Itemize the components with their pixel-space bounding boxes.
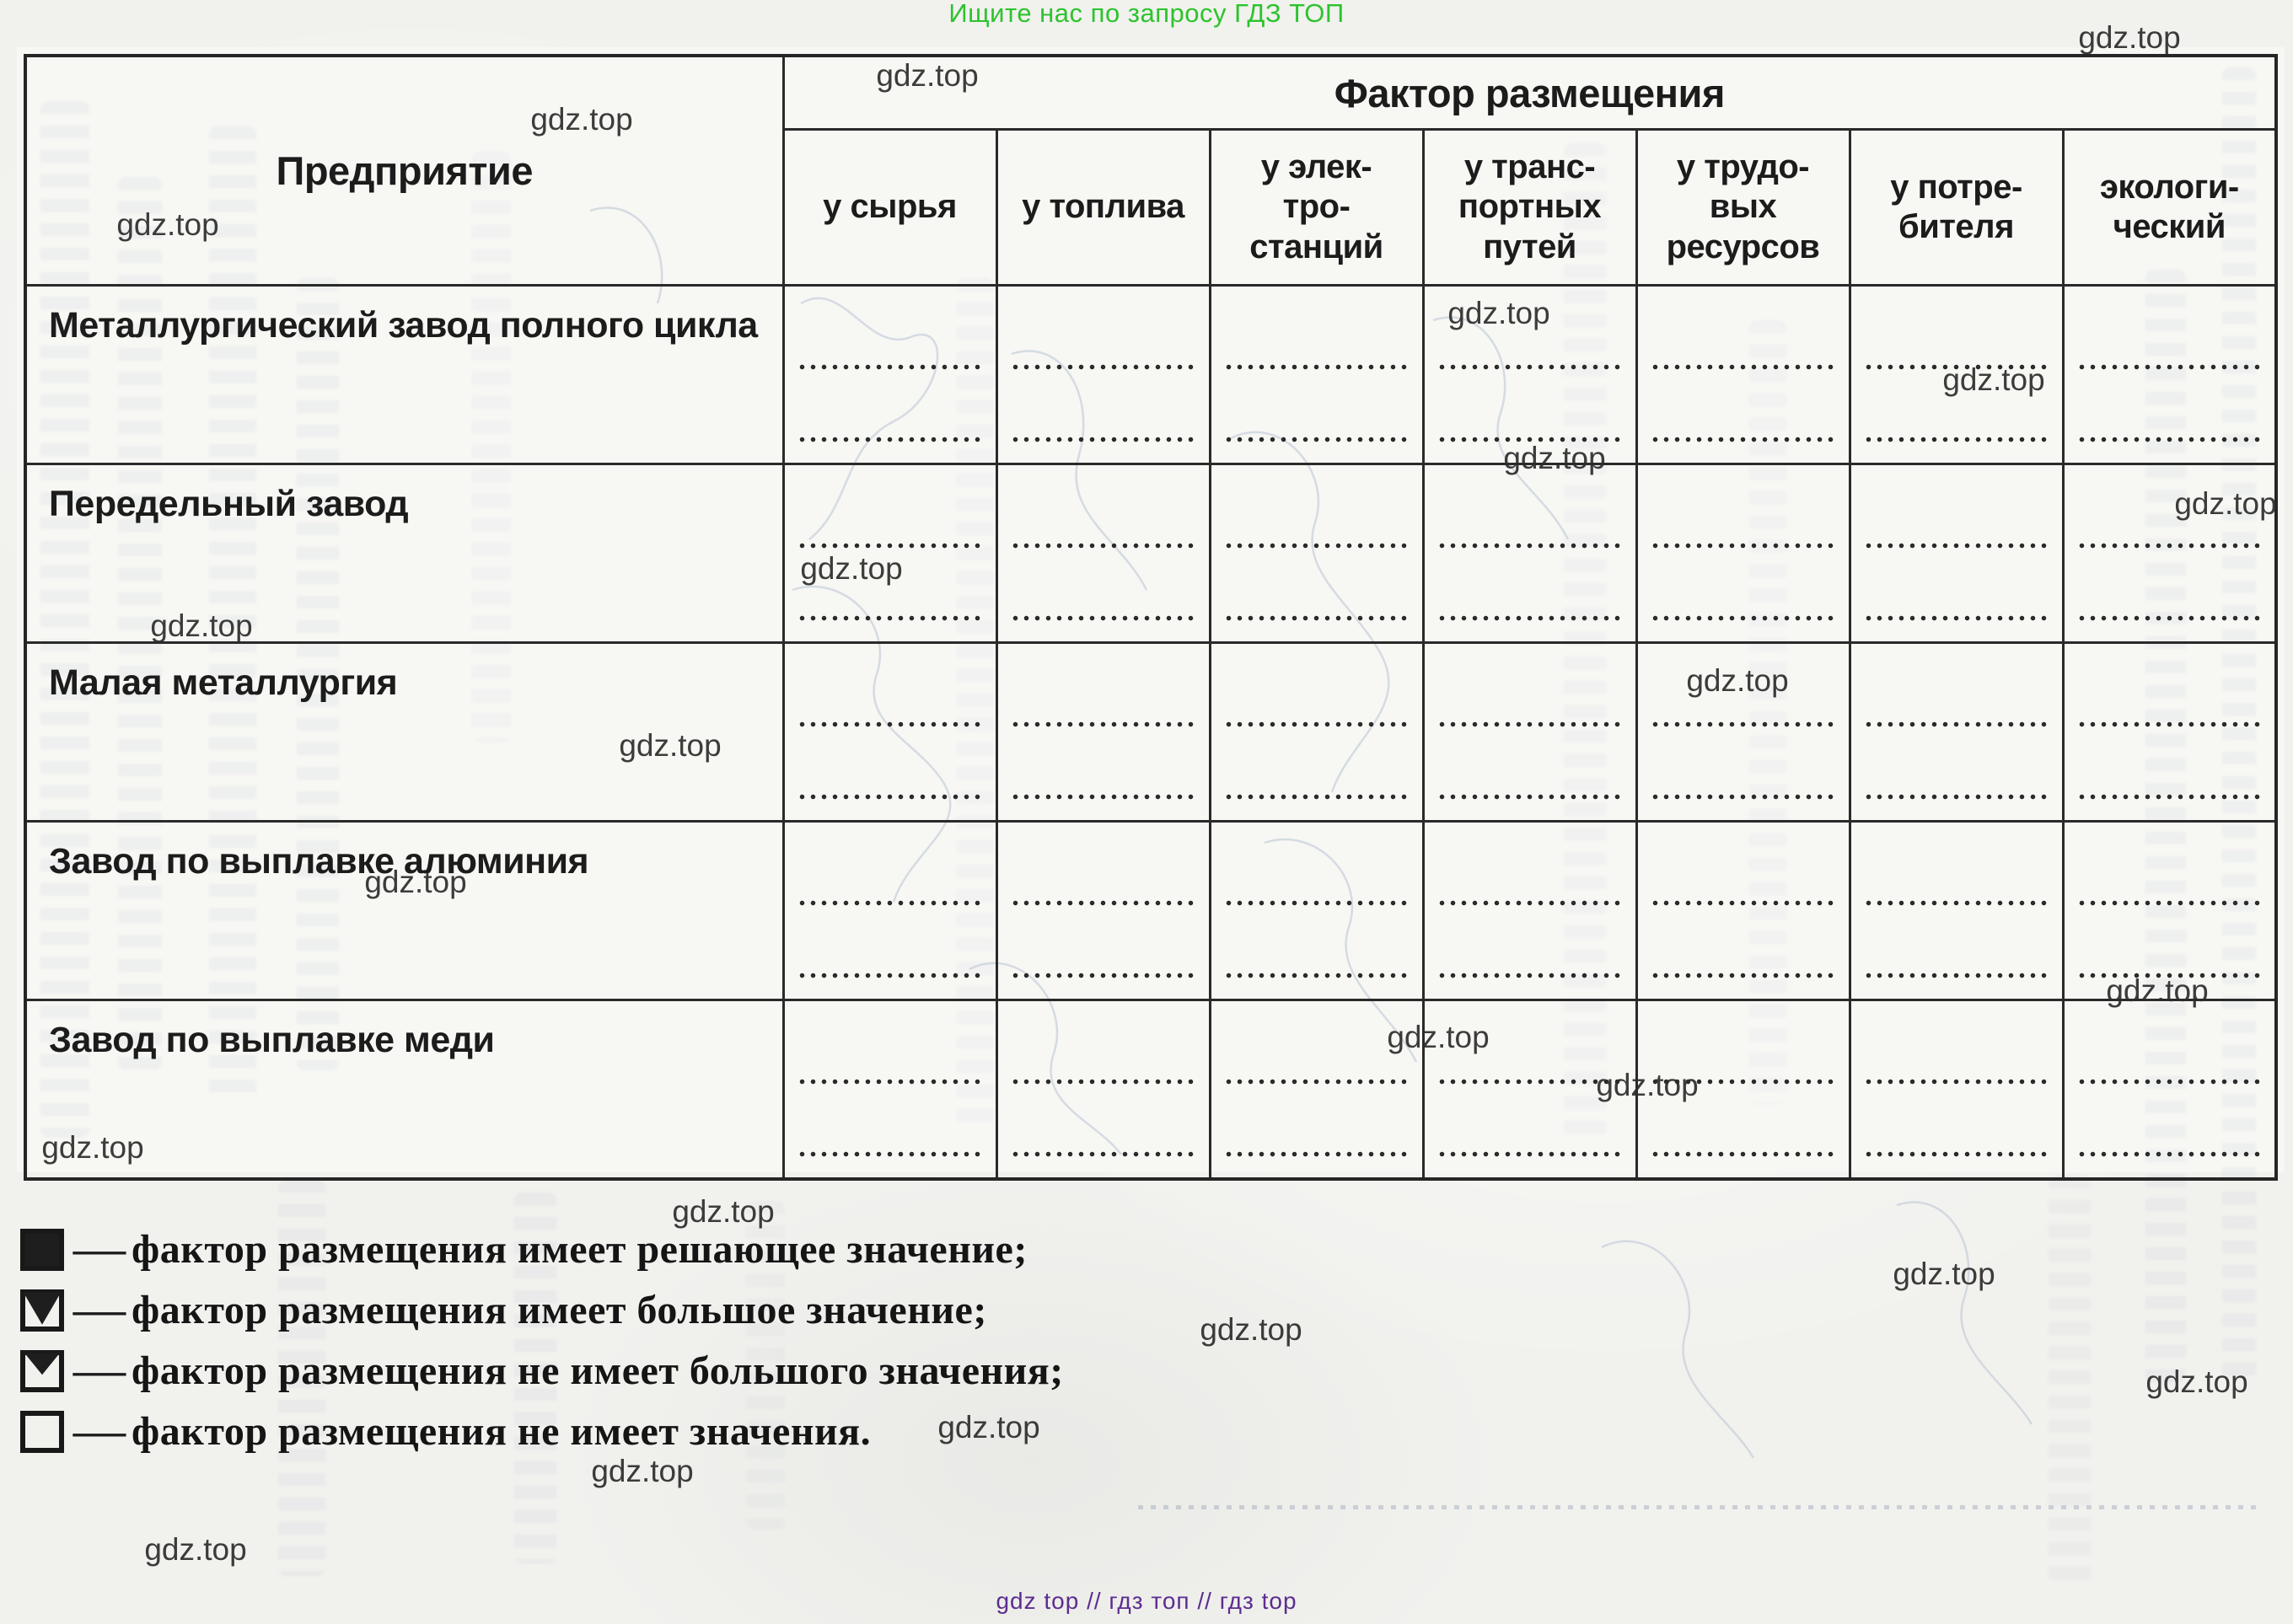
- watermark: gdz.top: [1686, 663, 1788, 699]
- table-row: Металлургический завод полного цикла: [25, 286, 2276, 464]
- watermark: gdz.top: [1942, 362, 2044, 398]
- dotted-answer-line: [2076, 1079, 2263, 1085]
- dotted-answer-line: [1863, 973, 2050, 978]
- dotted-answer-line: [1650, 973, 1837, 978]
- bleed-through-dotted-line: [1138, 1505, 2259, 1509]
- factor-answer-cell: [1850, 643, 2063, 822]
- factor-column-header: у элек- тро- станций: [1210, 130, 1423, 286]
- legend-symbol-large-triangle: [20, 1289, 64, 1332]
- factor-answer-cell: [1423, 464, 1636, 643]
- dotted-answer-line: [1436, 364, 1624, 370]
- dotted-answer-line: [1436, 1079, 1624, 1085]
- dotted-answer-line: [1863, 543, 2050, 549]
- dotted-answer-line: [1010, 1151, 1197, 1157]
- table-row: Передельный завод: [25, 464, 2276, 643]
- factor-answer-cell: [1636, 286, 1850, 464]
- watermark: gdz.top: [530, 102, 632, 137]
- factor-answer-cell: [1210, 464, 1423, 643]
- dotted-answer-line: [1436, 721, 1624, 727]
- dotted-answer-line: [1223, 721, 1410, 727]
- factor-answer-cell: [1423, 643, 1636, 822]
- dotted-answer-line: [2076, 615, 2263, 621]
- dotted-answer-line: [2076, 900, 2263, 906]
- factor-answer-cell: [996, 286, 1210, 464]
- dotted-answer-line: [1863, 900, 2050, 906]
- factor-group-header: Фактор размещения: [783, 56, 2276, 130]
- factor-answer-cell: [1423, 822, 1636, 1000]
- legend-item: — фактор размещения не имеет большого зн…: [20, 1350, 1064, 1392]
- dotted-answer-line: [2076, 437, 2263, 442]
- factor-answer-cell: [1850, 464, 2063, 643]
- factor-column-header: у транс- портных путей: [1423, 130, 1636, 286]
- watermark: gdz.top: [591, 1454, 693, 1489]
- dotted-answer-line: [797, 364, 984, 370]
- watermark: gdz.top: [364, 865, 466, 900]
- legend-item: — фактор размещения имеет решающее значе…: [20, 1229, 1064, 1271]
- factor-column-header: у сырья: [783, 130, 996, 286]
- legend-label: фактор размещения имеет большое значение…: [132, 1290, 987, 1331]
- dotted-answer-line: [797, 794, 984, 800]
- watermark: gdz.top: [2078, 20, 2180, 56]
- legend-label: фактор размещения имеет решающее значени…: [132, 1230, 1028, 1270]
- watermark: gdz.top: [1893, 1257, 1995, 1292]
- legend: — фактор размещения имеет решающее значе…: [20, 1229, 1064, 1471]
- watermark: gdz.top: [937, 1410, 1039, 1445]
- dotted-answer-line: [1863, 1079, 2050, 1085]
- watermark: gdz.top: [41, 1130, 143, 1166]
- dotted-answer-line: [1436, 543, 1624, 549]
- dotted-answer-line: [1223, 1151, 1410, 1157]
- dotted-answer-line: [1223, 364, 1410, 370]
- factor-answer-cell: [1210, 643, 1423, 822]
- factor-answer-cell: [996, 643, 1210, 822]
- dotted-answer-line: [1223, 615, 1410, 621]
- dotted-answer-line: [1010, 615, 1197, 621]
- watermark: gdz.top: [672, 1194, 774, 1230]
- legend-dash: —: [73, 1412, 126, 1452]
- factor-answer-cell: [2063, 286, 2276, 464]
- dotted-answer-line: [797, 543, 984, 549]
- dotted-answer-line: [1223, 1079, 1410, 1085]
- dotted-answer-line: [1863, 437, 2050, 442]
- dotted-answer-line: [1436, 973, 1624, 978]
- dotted-answer-line: [1010, 721, 1197, 727]
- dotted-answer-line: [797, 1151, 984, 1157]
- factor-answer-cell: [996, 464, 1210, 643]
- legend-label: фактор размещения не имеет большого знач…: [132, 1351, 1064, 1391]
- legend-symbol-filled-square: [20, 1229, 64, 1271]
- watermark: gdz.top: [800, 551, 902, 587]
- dotted-answer-line: [1650, 364, 1837, 370]
- factor-answer-cell: [783, 1000, 996, 1179]
- dotted-answer-line: [1650, 900, 1837, 906]
- watermark: gdz.top: [876, 58, 978, 94]
- factor-answer-cell: [1210, 822, 1423, 1000]
- enterprise-row-label: Передельный завод: [25, 464, 783, 643]
- table-row: Завод по выплавке меди: [25, 1000, 2276, 1179]
- watermark: gdz.top: [116, 207, 218, 243]
- dotted-answer-line: [1010, 437, 1197, 442]
- factor-answer-cell: [996, 822, 1210, 1000]
- dotted-answer-line: [1223, 900, 1410, 906]
- factor-column-header: у потре- бителя: [1850, 130, 2063, 286]
- dotted-answer-line: [2076, 1151, 2263, 1157]
- factor-answer-cell: [1636, 464, 1850, 643]
- dotted-answer-line: [1436, 615, 1624, 621]
- watermark: gdz.top: [1503, 441, 1605, 476]
- watermark: gdz.top: [2106, 973, 2208, 1009]
- table-row: Завод по выплавке алюминия: [25, 822, 2276, 1000]
- dotted-answer-line: [1650, 1151, 1837, 1157]
- factor-answer-cell: [1210, 286, 1423, 464]
- legend-dash: —: [73, 1290, 126, 1331]
- legend-item: — фактор размещения имеет большое значен…: [20, 1289, 1064, 1332]
- dotted-answer-line: [1010, 1079, 1197, 1085]
- dotted-answer-line: [1863, 615, 2050, 621]
- scanned-workbook-page: Ищите нас по запросу ГДЗ ТОП Предприятие…: [0, 0, 2293, 1624]
- watermark: gdz.top: [144, 1532, 246, 1568]
- table-header-row: Предприятие Фактор размещения: [25, 56, 2276, 130]
- legend-dash: —: [73, 1351, 126, 1391]
- factor-answer-cell: [783, 822, 996, 1000]
- factor-answer-cell: [783, 286, 996, 464]
- dotted-answer-line: [797, 437, 984, 442]
- watermark: gdz.top: [1387, 1020, 1489, 1055]
- dotted-answer-line: [1863, 721, 2050, 727]
- watermark: gdz.top: [150, 608, 252, 644]
- legend-label: фактор размещения не имеет значения.: [132, 1412, 871, 1452]
- enterprise-column-header: Предприятие: [25, 56, 783, 286]
- dotted-answer-line: [797, 615, 984, 621]
- dotted-answer-line: [1650, 721, 1837, 727]
- dotted-answer-line: [1010, 973, 1197, 978]
- table-body: Металлургический завод полного циклаПере…: [25, 286, 2276, 1179]
- factor-answer-cell: [996, 1000, 1210, 1179]
- factor-column-header: у трудо- вых ресурсов: [1636, 130, 1850, 286]
- site-banner: Ищите нас по запросу ГДЗ ТОП: [0, 0, 2293, 29]
- dotted-answer-line: [1650, 615, 1837, 621]
- dotted-answer-line: [1863, 794, 2050, 800]
- dotted-answer-line: [797, 721, 984, 727]
- enterprise-row-label: Металлургический завод полного цикла: [25, 286, 783, 464]
- dotted-answer-line: [2076, 543, 2263, 549]
- placement-factors-table: Предприятие Фактор размещения у сырья у …: [24, 54, 2278, 1181]
- dotted-answer-line: [1650, 543, 1837, 549]
- dotted-answer-line: [797, 900, 984, 906]
- dotted-answer-line: [1650, 794, 1837, 800]
- table-row: Малая металлургия: [25, 643, 2276, 822]
- legend-dash: —: [73, 1230, 126, 1270]
- dotted-answer-line: [1010, 794, 1197, 800]
- dotted-answer-line: [1436, 794, 1624, 800]
- watermark: gdz.top: [1596, 1068, 1698, 1103]
- watermark: gdz.top: [1447, 296, 1549, 331]
- watermark: gdz.top: [2145, 1364, 2247, 1400]
- dotted-answer-line: [1436, 900, 1624, 906]
- legend-item: — фактор размещения не имеет значения.: [20, 1411, 1064, 1453]
- factor-answer-cell: [1850, 1000, 2063, 1179]
- dotted-answer-line: [2076, 364, 2263, 370]
- factor-column-header: экологи- ческий: [2063, 130, 2276, 286]
- dotted-answer-line: [1010, 900, 1197, 906]
- bleed-through-text-column: [2049, 1176, 2091, 1589]
- dotted-answer-line: [1223, 437, 1410, 442]
- legend-symbol-empty-square: [20, 1411, 64, 1453]
- dotted-answer-line: [797, 973, 984, 978]
- factor-answer-cell: [2063, 643, 2276, 822]
- watermark: gdz.top: [2174, 486, 2276, 522]
- dotted-answer-line: [1650, 437, 1837, 442]
- dotted-answer-line: [1223, 794, 1410, 800]
- dotted-answer-line: [797, 1079, 984, 1085]
- dotted-answer-line: [1863, 1151, 2050, 1157]
- dotted-answer-line: [1223, 543, 1410, 549]
- footer-watermark: gdz top // гдз топ // гдз top: [0, 1588, 2293, 1615]
- dotted-answer-line: [1010, 543, 1197, 549]
- watermark: gdz.top: [619, 728, 721, 764]
- dotted-answer-line: [1223, 973, 1410, 978]
- factor-answer-cell: [2063, 1000, 2276, 1179]
- factor-answer-cell: [1850, 822, 2063, 1000]
- factor-answer-cell: [783, 643, 996, 822]
- enterprise-row-label: Завод по выплавке алюминия: [25, 822, 783, 1000]
- watermark: gdz.top: [1200, 1312, 1302, 1348]
- dotted-answer-line: [2076, 721, 2263, 727]
- factor-answer-cell: [1636, 822, 1850, 1000]
- dotted-answer-line: [1010, 364, 1197, 370]
- dotted-answer-line: [1436, 1151, 1624, 1157]
- dotted-answer-line: [2076, 794, 2263, 800]
- legend-symbol-small-triangle: [20, 1350, 64, 1392]
- factor-column-header: у топлива: [996, 130, 1210, 286]
